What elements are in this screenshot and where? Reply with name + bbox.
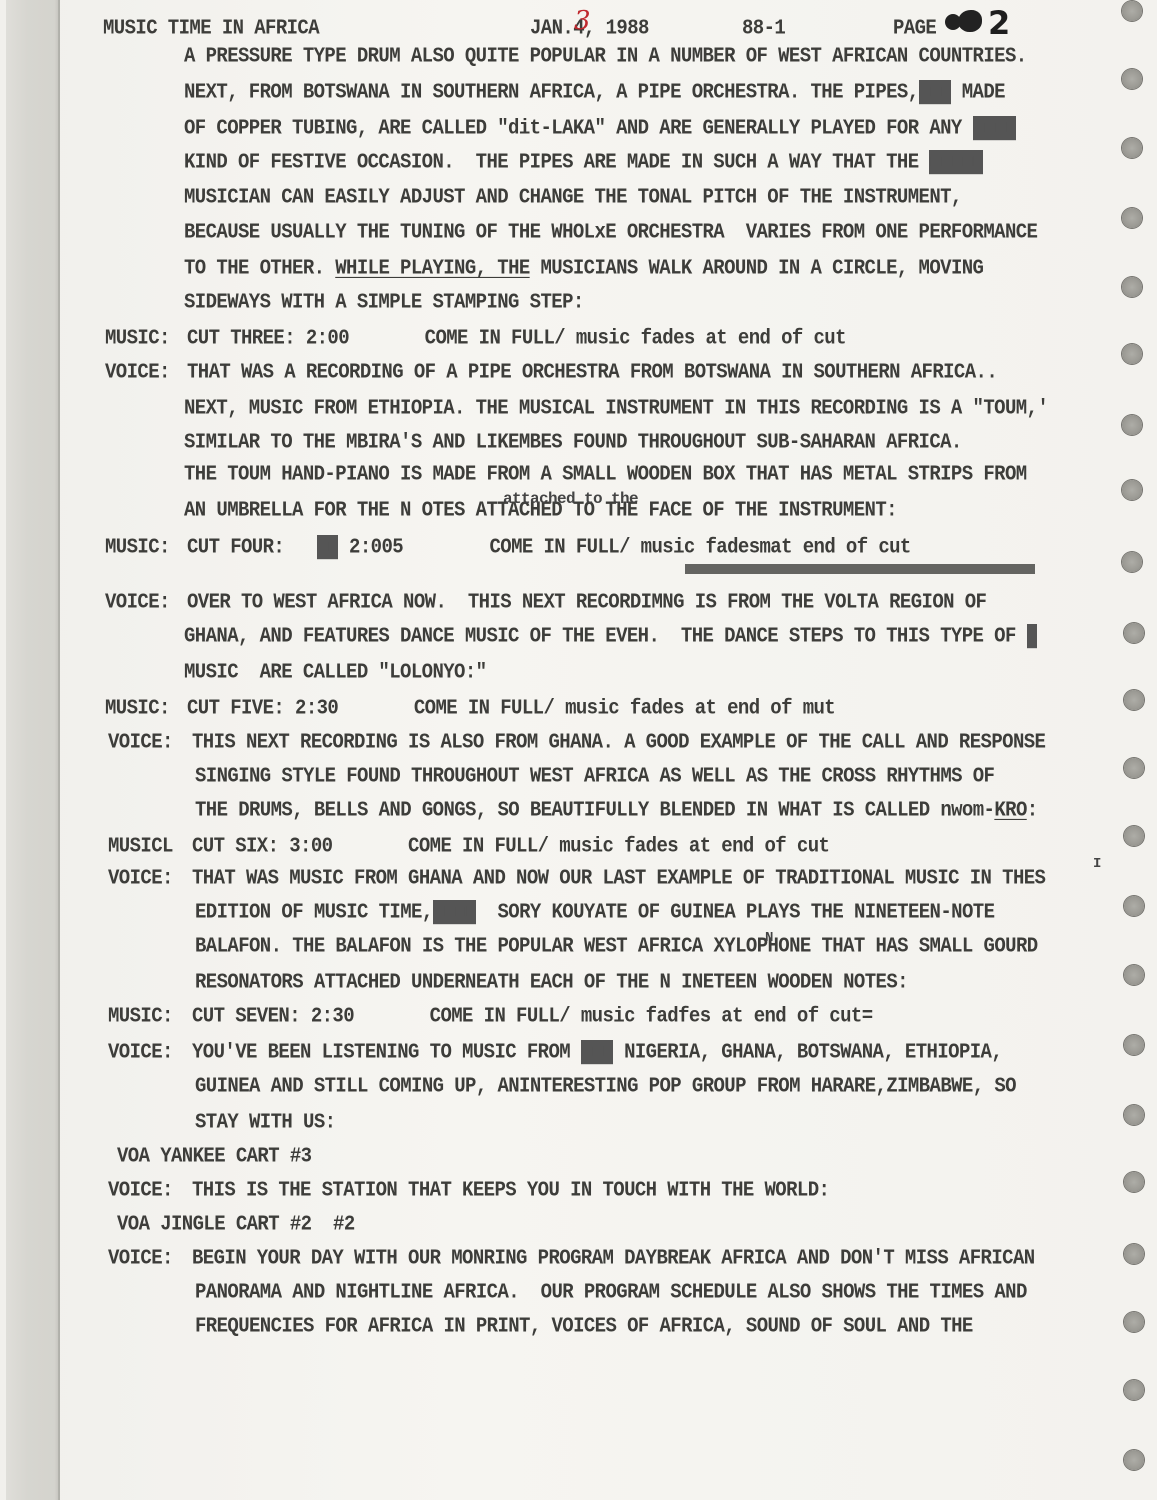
handwritten-insertion: attached to the (503, 490, 638, 508)
cue-label: MUSIC: (105, 696, 170, 720)
line-text: BEGIN YOUR DAY WITH OUR MONRING PROGRAM … (192, 1246, 1035, 1270)
script-line: CUT SEVEN: 2:30 COME IN FULL/ music fadf… (192, 1004, 873, 1028)
page-label: PAGE (893, 16, 936, 40)
feed-hole-icon (1124, 1380, 1144, 1400)
script-line: NEXT, FROM BOTSWANA IN SOUTHERN AFRICA, … (184, 80, 1005, 104)
feed-hole-icon (1124, 758, 1144, 778)
script-line: THAT WAS MUSIC FROM GHANA AND NOW OUR LA… (192, 866, 1045, 890)
feed-hole-icon (1122, 1, 1142, 21)
cue-label: VOICE: (108, 1178, 173, 1202)
cue-label: VOICE: (108, 1040, 173, 1064)
line-text: THAT WAS MUSIC FROM GHANA AND NOW OUR LA… (192, 866, 1045, 890)
feed-hole-icon (1122, 208, 1142, 228)
line-text: NEXT, MUSIC FROM ETHIOPIA. THE MUSICAL I… (184, 396, 1048, 420)
line-text: KIND OF FESTIVE OCCASION. THE PIPES ARE … (184, 150, 929, 174)
script-line: CUT FOUR: ■■ 2:005 COME IN FULL/ music f… (187, 535, 911, 559)
script-line: PANORAMA AND NIGHTLINE AFRICA. OUR PROGR… (195, 1280, 1027, 1304)
cue-label: VOICE: (105, 360, 170, 384)
script-line: SIDEWAYS WITH A SIMPLE STAMPING STEP: (184, 290, 584, 314)
cue-label: VOICE: (108, 866, 173, 890)
line-text: A PRESSURE TYPE DRUM ALSO QUITE POPULAR … (184, 44, 1027, 68)
line-text: OVER TO WEST AFRICA NOW. THIS NEXT RECOR… (187, 590, 986, 614)
script-line: TO THE OTHER. WHILE PLAYING, THE MUSICIA… (184, 256, 983, 280)
feed-hole-icon (1124, 1172, 1144, 1192)
script-line: CUT THREE: 2:00 COME IN FULL/ music fade… (187, 326, 846, 350)
scan-shadow-strip (6, 0, 60, 1500)
script-line: GUINEA AND STILL COMING UP, ANINTERESTIN… (195, 1074, 1016, 1098)
underlined-text: KRO (994, 798, 1026, 822)
line-text: CUT FOUR: (187, 535, 317, 559)
overstrike-block: ■■■■ (973, 116, 1016, 140)
line-text: VOA JINGLE CART #2 #2 (117, 1212, 355, 1236)
cue-label: VOICE: (108, 1246, 173, 1270)
feed-hole-icon (1124, 623, 1144, 643)
script-line: BEGIN YOUR DAY WITH OUR MONRING PROGRAM … (192, 1246, 1035, 1270)
script-line: OF COPPER TUBING, ARE CALLED "dit-LAKA" … (184, 116, 1016, 140)
scan-shadow-edge (58, 0, 60, 1500)
cue-label: MUSIC: (108, 1004, 173, 1028)
script-line: CUT FIVE: 2:30 COME IN FULL/ music fades… (187, 696, 835, 720)
line-text: BALAFON. THE BALAFON IS THE POPULAR WEST… (195, 934, 1038, 958)
script-line: A PRESSURE TYPE DRUM ALSO QUITE POPULAR … (184, 44, 1027, 68)
script-number: 88-1 (742, 16, 785, 40)
cue-label: VOICE: (105, 590, 170, 614)
cue-label: VOICE: (108, 730, 173, 754)
feed-hole-icon (1124, 896, 1144, 916)
feed-hole-icon (1124, 1035, 1144, 1055)
date-correction-handwritten: 3 (574, 6, 591, 36)
feed-hole-icon (1122, 480, 1142, 500)
script-line: NEXT, MUSIC FROM ETHIOPIA. THE MUSICAL I… (184, 396, 1048, 420)
feed-hole-icon (1124, 1244, 1144, 1264)
script-line: GHANA, AND FEATURES DANCE MUSIC OF THE E… (184, 624, 1037, 648)
line-text: RESONATORS ATTACHED UNDERNEATH EACH OF T… (195, 970, 908, 994)
struck-out-line (685, 564, 1035, 574)
feed-hole-icon (1124, 1312, 1144, 1332)
line-text: PANORAMA AND NIGHTLINE AFRICA. OUR PROGR… (195, 1280, 1027, 1304)
line-text: BECAUSE USUALLY THE TUNING OF THE WHOLxE… (184, 220, 1037, 244)
feed-hole-icon (1124, 690, 1144, 710)
overstrike-block: ■■■■ (433, 900, 476, 924)
feed-hole-icon (1122, 552, 1142, 572)
script-line: THIS IS THE STATION THAT KEEPS YOU IN TO… (192, 1178, 829, 1202)
line-text-continued: MUSICIANS WALK AROUND IN A CIRCLE, MOVIN… (530, 256, 984, 280)
line-text: SINGING STYLE FOUND THROUGHOUT WEST AFRI… (195, 764, 994, 788)
line-text-continued: SORY KOUYATE OF GUINEA PLAYS THE NINETEE… (476, 900, 995, 924)
feed-hole-icon (1122, 415, 1142, 435)
line-text: CUT FIVE: 2:30 COME IN FULL/ music fades… (187, 696, 835, 720)
script-line: YOU'VE BEEN LISTENING TO MUSIC FROM ■■■ … (192, 1040, 1002, 1064)
superscript-n: N (765, 930, 773, 946)
script-line: SIMILAR TO THE MBIRA'S AND LIKEMBES FOUN… (184, 430, 962, 454)
line-text: CUT SIX: 3:00 COME IN FULL/ music fades … (192, 834, 829, 858)
line-text-continued: : (1027, 798, 1038, 822)
line-text: MUSICIAN CAN EASILY ADJUST AND CHANGE TH… (184, 185, 962, 209)
overstrike-block: ■■■ (581, 1040, 613, 1064)
line-text-continued: MADE (951, 80, 1005, 104)
script-line: FREQUENCIES FOR AFRICA IN PRINT, VOICES … (195, 1314, 973, 1338)
script-line: KIND OF FESTIVE OCCASION. THE PIPES ARE … (184, 150, 983, 174)
script-line: SINGING STYLE FOUND THROUGHOUT WEST AFRI… (195, 764, 994, 788)
overstrike-block: ■■■■■ (929, 150, 983, 174)
script-line: BALAFON. THE BALAFON IS THE POPULAR WEST… (195, 934, 1038, 958)
overstrike-block: ■ (1027, 624, 1038, 648)
feed-hole-icon (1122, 277, 1142, 297)
feed-hole-icon (1124, 826, 1144, 846)
cue-label: MUSICL (108, 834, 173, 858)
line-text: GHANA, AND FEATURES DANCE MUSIC OF THE E… (184, 624, 1027, 648)
program-title: MUSIC TIME IN AFRICA (103, 16, 319, 40)
script-line: THAT WAS A RECORDING OF A PIPE ORCHESTRA… (187, 360, 997, 384)
feed-hole-icon (1124, 1450, 1144, 1470)
line-text: CUT THREE: 2:00 COME IN FULL/ music fade… (187, 326, 846, 350)
line-text: THAT WAS A RECORDING OF A PIPE ORCHESTRA… (187, 360, 997, 384)
document-page: MUSIC TIME IN AFRICA JAN.4, 1988 3 88-1 … (0, 0, 1157, 1500)
line-text-continued: 2:005 COME IN FULL/ music fadesmat end o… (338, 535, 911, 559)
script-line: THE DRUMS, BELLS AND GONGS, SO BEAUTIFUL… (195, 798, 1038, 822)
feed-hole-icon (1124, 965, 1144, 985)
line-text: OF COPPER TUBING, ARE CALLED "dit-LAKA" … (184, 116, 973, 140)
underlined-text: WHILE PLAYING, THE (335, 256, 529, 280)
line-text: THE TOUM HAND-PIANO IS MADE FROM A SMALL… (184, 462, 1027, 486)
script-line: EDITION OF MUSIC TIME,■■■■ SORY KOUYATE … (195, 900, 994, 924)
line-text: TO THE OTHER. (184, 256, 335, 280)
overstrike-block: ■■■ (919, 80, 951, 104)
line-text-continued: NIGERIA, GHANA, BOTSWANA, ETHIOPIA, (613, 1040, 1002, 1064)
line-text: MUSIC ARE CALLED "LOLONYO:" (184, 660, 486, 684)
script-line: OVER TO WEST AFRICA NOW. THIS NEXT RECOR… (187, 590, 986, 614)
line-text: FREQUENCIES FOR AFRICA IN PRINT, VOICES … (195, 1314, 973, 1338)
line-text: CUT SEVEN: 2:30 COME IN FULL/ music fadf… (192, 1004, 873, 1028)
line-text: NEXT, FROM BOTSWANA IN SOUTHERN AFRICA, … (184, 80, 919, 104)
script-line: CUT SIX: 3:00 COME IN FULL/ music fades … (192, 834, 829, 858)
line-text: VOA YANKEE CART #3 (117, 1144, 311, 1168)
feed-hole-icon (1122, 69, 1142, 89)
cue-label: MUSIC: (105, 326, 170, 350)
script-line: MUSICIAN CAN EASILY ADJUST AND CHANGE TH… (184, 185, 962, 209)
feed-hole-icon (1122, 138, 1142, 158)
page-number-handwritten: 2 (988, 4, 1010, 42)
line-text: YOU'VE BEEN LISTENING TO MUSIC FROM (192, 1040, 581, 1064)
script-line: MUSIC ARE CALLED "LOLONYO:" (184, 660, 486, 684)
overstrike-block: ■■ (317, 535, 339, 559)
line-text: THIS IS THE STATION THAT KEEPS YOU IN TO… (192, 1178, 829, 1202)
script-line: THE TOUM HAND-PIANO IS MADE FROM A SMALL… (184, 462, 1027, 486)
script-line: RESONATORS ATTACHED UNDERNEATH EACH OF T… (195, 970, 908, 994)
feed-hole-icon (1124, 1105, 1144, 1125)
script-line: VOA JINGLE CART #2 #2 (117, 1212, 355, 1236)
script-line: STAY WITH US: (195, 1110, 335, 1134)
ink-blot-icon (958, 10, 982, 32)
line-text: THE DRUMS, BELLS AND GONGS, SO BEAUTIFUL… (195, 798, 994, 822)
line-text: GUINEA AND STILL COMING UP, ANINTERESTIN… (195, 1074, 1016, 1098)
line-text: STAY WITH US: (195, 1110, 335, 1134)
line-text: SIMILAR TO THE MBIRA'S AND LIKEMBES FOUN… (184, 430, 962, 454)
feed-hole-icon (1122, 344, 1142, 364)
line-text: EDITION OF MUSIC TIME, (195, 900, 433, 924)
superscript-t: I (1093, 856, 1101, 872)
script-line: THIS NEXT RECORDING IS ALSO FROM GHANA. … (192, 730, 1045, 754)
cue-label: MUSIC: (105, 535, 170, 559)
line-text: SIDEWAYS WITH A SIMPLE STAMPING STEP: (184, 290, 584, 314)
script-line: VOA YANKEE CART #3 (117, 1144, 311, 1168)
line-text: THIS NEXT RECORDING IS ALSO FROM GHANA. … (192, 730, 1045, 754)
script-line: BECAUSE USUALLY THE TUNING OF THE WHOLxE… (184, 220, 1037, 244)
